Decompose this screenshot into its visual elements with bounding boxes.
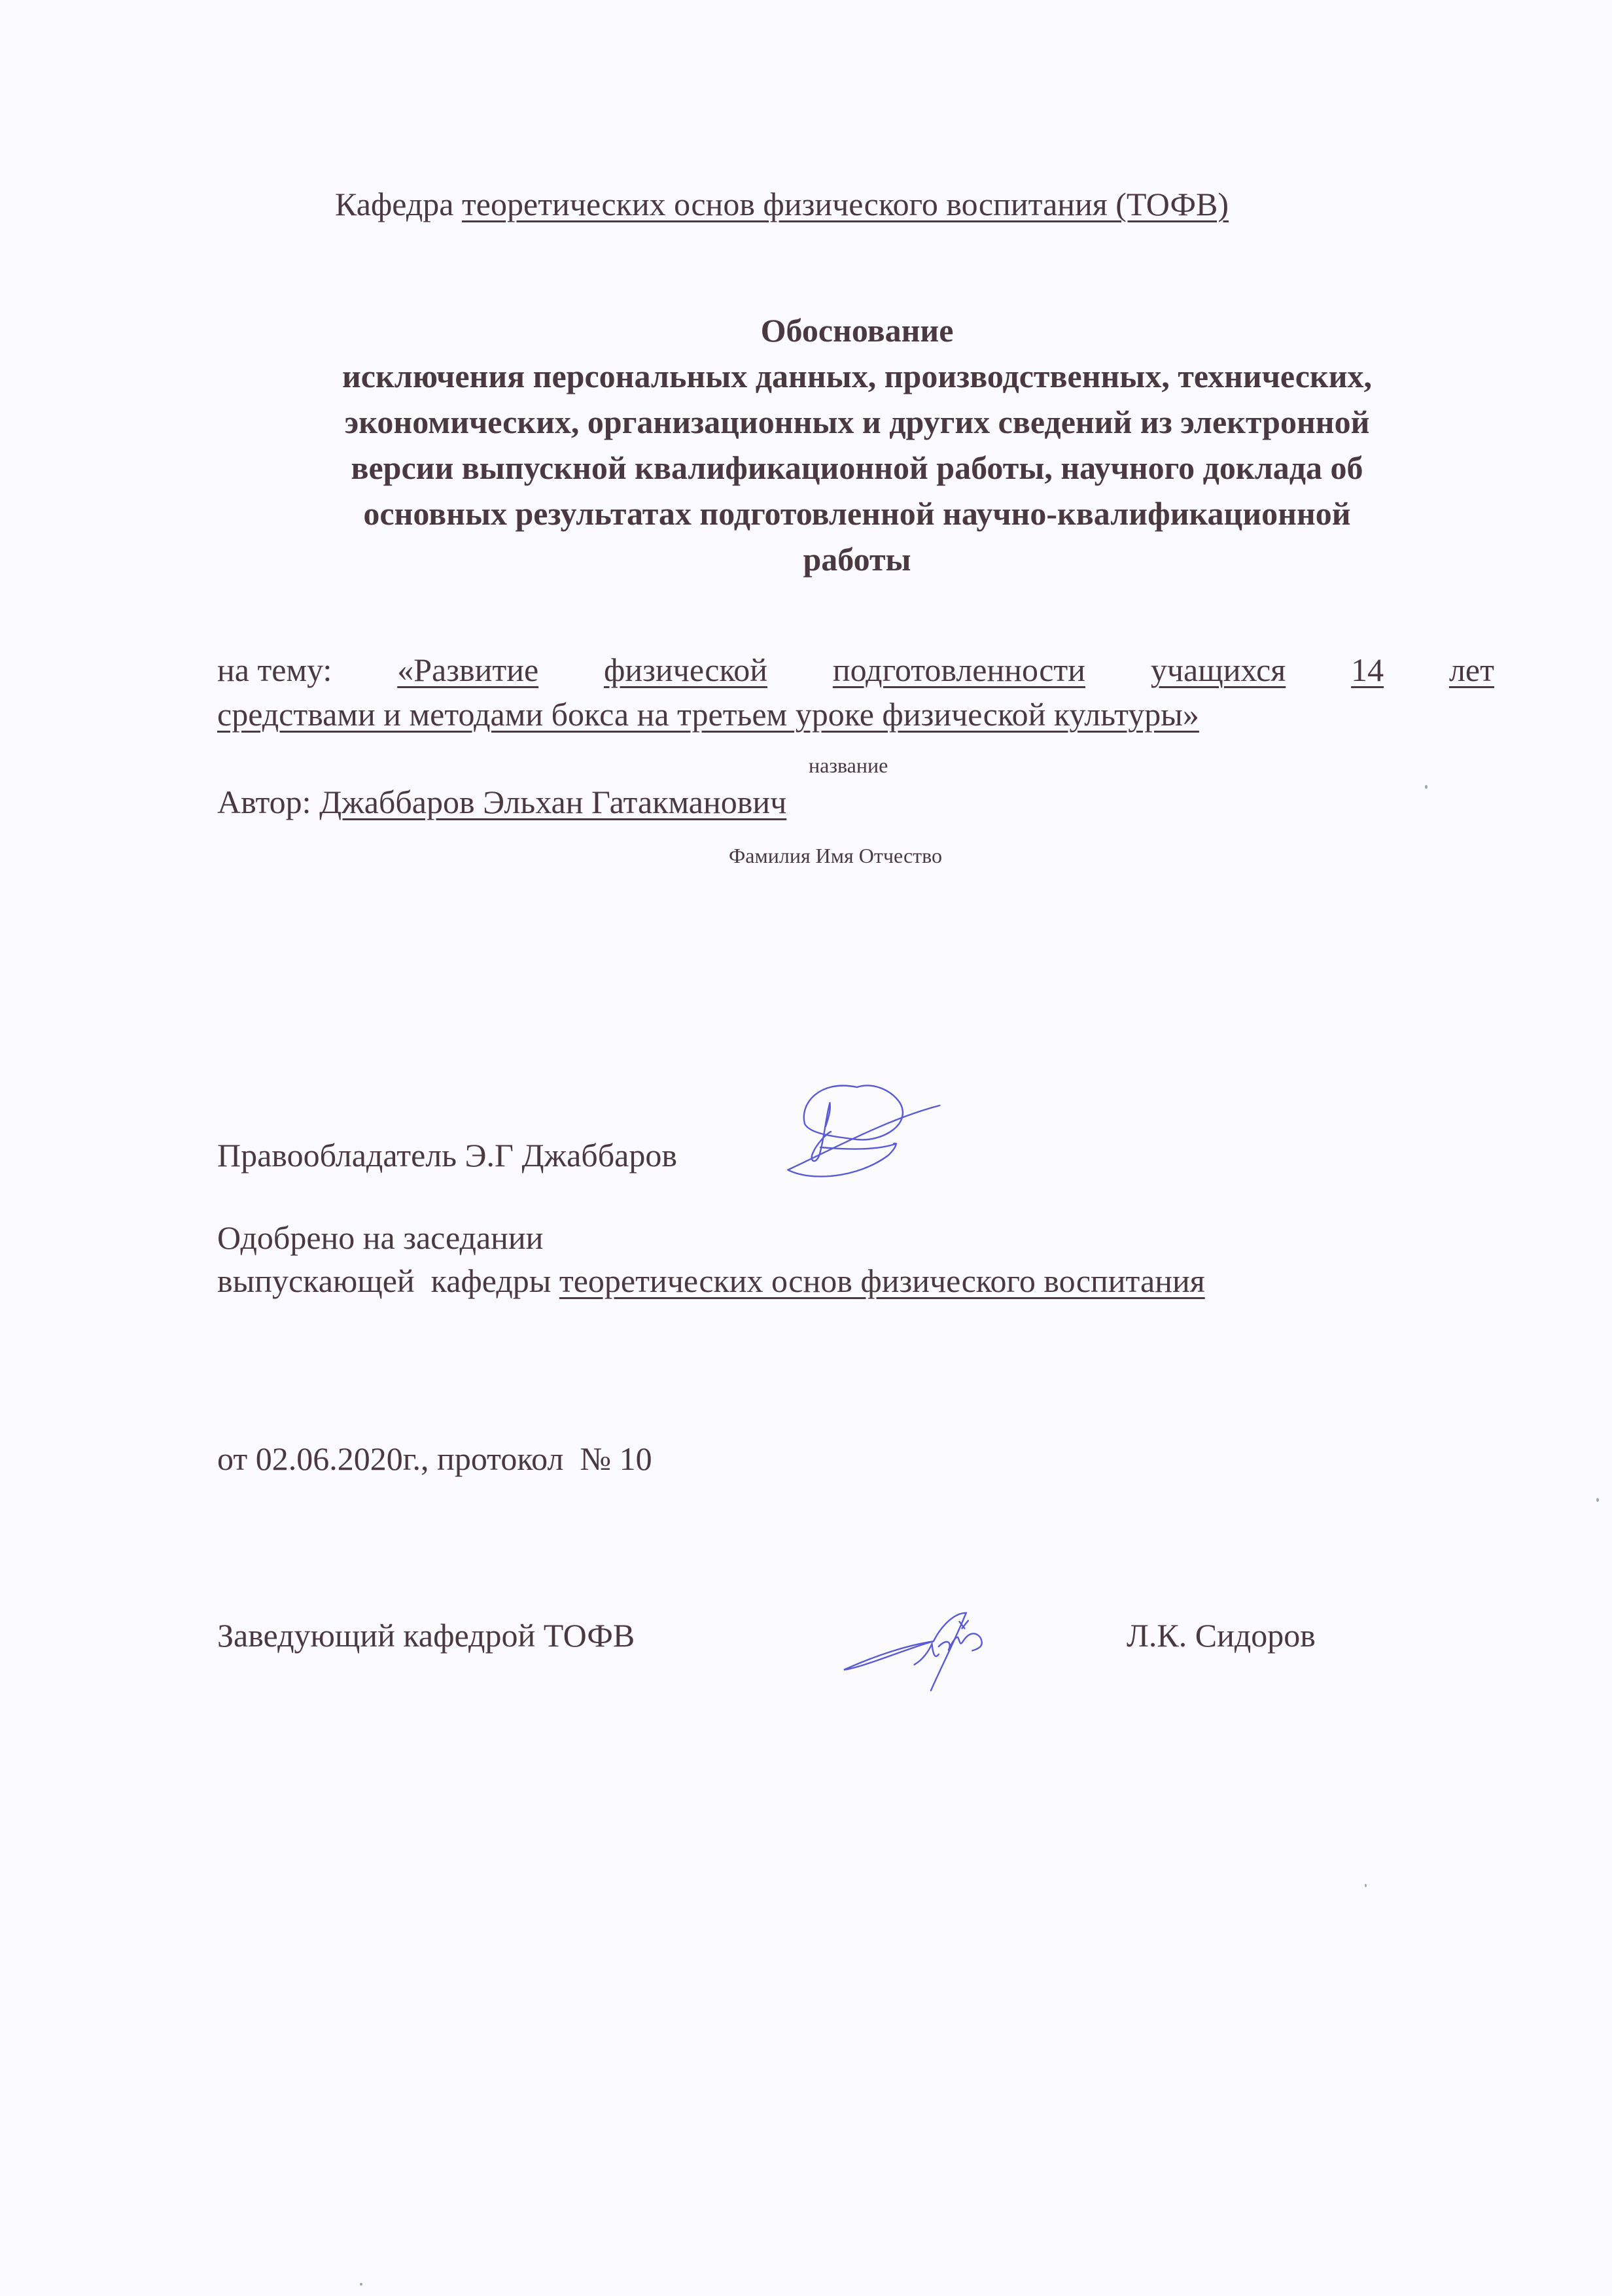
- heading-title: Обоснование: [236, 307, 1479, 353]
- heading-line-5: работы: [236, 536, 1479, 582]
- topic-caption: название: [809, 752, 888, 778]
- topic-line-2-text: средствами и методами бокса на третьем у…: [217, 696, 1199, 733]
- signature-icon: [752, 1079, 962, 1210]
- topic-word: 14: [1351, 648, 1384, 692]
- scan-speck: [1425, 785, 1428, 789]
- topic-block: на тему: «Развитие физической подготовле…: [217, 648, 1494, 737]
- topic-word: физической: [604, 648, 767, 692]
- topic-word: подготовленности: [833, 648, 1085, 692]
- heading-line-1: исключения персональных данных, производ…: [236, 353, 1479, 399]
- document-heading: Обоснование исключения персональных данн…: [236, 307, 1479, 582]
- approval-line-2: выпускающей кафедры теоретических основ …: [217, 1261, 1205, 1300]
- department-line: Кафедра теоретических основ физического …: [335, 184, 1229, 224]
- rights-holder-line: Правообладатель Э.Г Джаббаров: [217, 1136, 677, 1175]
- approval-department: теоретических основ физического воспитан…: [559, 1262, 1205, 1299]
- document-page: Кафедра теоретических основ физического …: [0, 0, 1612, 2296]
- signature-icon: [818, 1590, 1034, 1714]
- topic-word: «Развитие: [397, 648, 538, 692]
- heading-line-2: экономических, организационных и других …: [236, 399, 1479, 445]
- head-label: Заведующий кафедрой ТОФВ: [217, 1616, 635, 1655]
- author-label: Автор:: [217, 784, 319, 820]
- approval-prefix: выпускающей кафедры: [217, 1262, 559, 1299]
- department-name: теоретических основ физического воспитан…: [462, 186, 1229, 222]
- scan-speck: [1365, 1884, 1367, 1887]
- topic-word: лет: [1449, 648, 1494, 692]
- protocol-line: от 02.06.2020г., протокол № 10: [217, 1439, 652, 1478]
- head-name: Л.К. Сидоров: [1127, 1616, 1316, 1655]
- scan-speck: [1596, 1498, 1599, 1502]
- heading-line-3: версии выпускной квалификационной работы…: [236, 445, 1479, 491]
- topic-line-1: на тему: «Развитие физической подготовле…: [217, 648, 1494, 692]
- scan-speck: [360, 2283, 362, 2286]
- author-name: Джаббаров Эльхан Гатакманович: [319, 784, 786, 820]
- author-caption: Фамилия Имя Отчество: [729, 843, 942, 869]
- approval-line-1: Одобрено на заседании: [217, 1218, 543, 1257]
- topic-line-2: средствами и методами бокса на третьем у…: [217, 692, 1494, 737]
- topic-label: на тему:: [217, 648, 332, 692]
- heading-line-4: основных результатах подготовленной науч…: [236, 491, 1479, 536]
- topic-word: учащихся: [1151, 648, 1286, 692]
- author-line: Автор: Джаббаров Эльхан Гатакманович: [217, 782, 786, 822]
- department-prefix: Кафедра: [335, 186, 462, 222]
